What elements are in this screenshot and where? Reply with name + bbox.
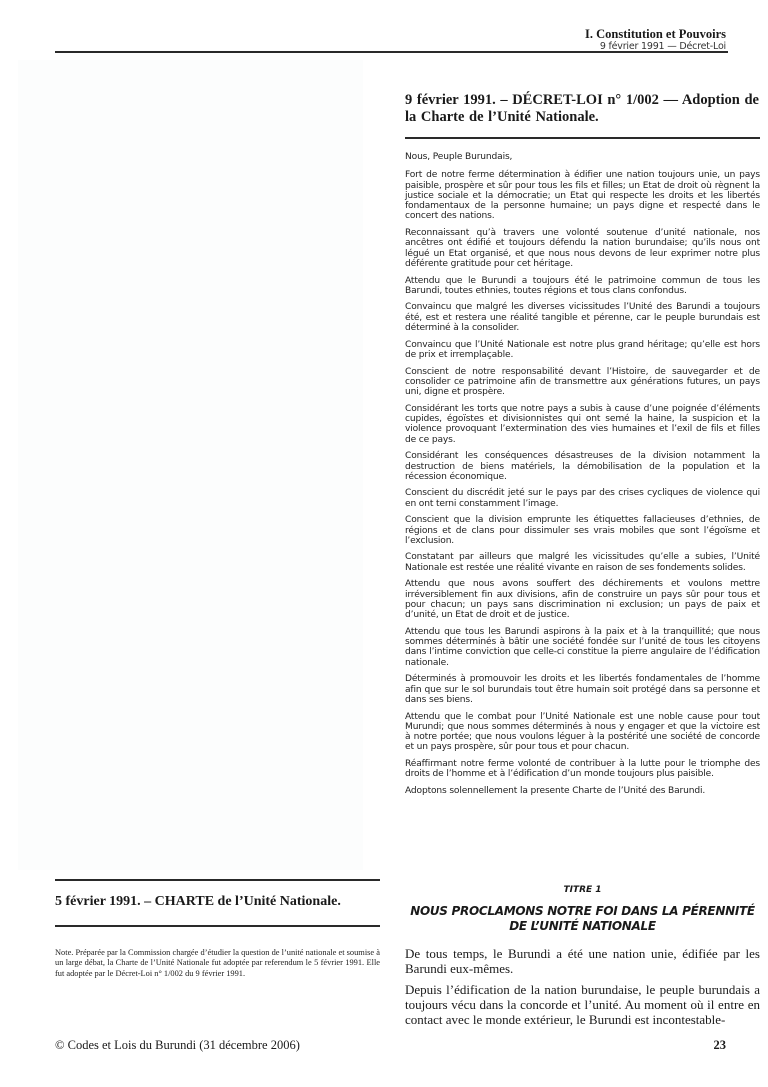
preamble-paragraph: Réaffirmant notre ferme volonté de contr…	[405, 759, 760, 780]
header-rule	[55, 51, 728, 53]
footer-copyright: © Codes et Lois du Burundi (31 décembre …	[55, 1038, 300, 1053]
preamble-paragraph: Déterminés à promouvoir les droits et le…	[405, 674, 760, 705]
charter-title-top-rule	[55, 879, 380, 881]
running-header: I. Constitution et Pouvoirs 9 février 19…	[585, 27, 726, 53]
preamble-body: Nous, Peuple Burundais, Fort de notre fe…	[405, 152, 760, 802]
charter-title-bottom-rule	[55, 925, 380, 927]
titre-number: TITRE 1	[405, 884, 760, 896]
preamble-paragraph: Attendu que nous avons souffert des déch…	[405, 579, 760, 620]
charter-title: 5 février 1991. – CHARTE de l’Unité Nati…	[55, 894, 380, 910]
body-paragraph: De tous temps, le Burundi a été une nati…	[405, 946, 760, 976]
preamble-paragraph: Nous, Peuple Burundais,	[405, 152, 760, 162]
preamble-paragraph: Considérant les torts que notre pays a s…	[405, 404, 760, 445]
preamble-paragraph: Adoptons solennellement la presente Char…	[405, 786, 760, 796]
charter-note: Note. Préparée par la Commission chargée…	[55, 948, 380, 979]
preamble-paragraph: Conscient que la division emprunte les é…	[405, 515, 760, 546]
preamble-paragraph: Convaincu que l’Unité Nationale est notr…	[405, 340, 760, 361]
preamble-paragraph: Fort de notre ferme détermination à édif…	[405, 170, 760, 221]
preamble-paragraph: Conscient de notre responsabilité devant…	[405, 367, 760, 398]
decree-title: 9 février 1991. – DÉCRET-LOI n° 1/002 — …	[405, 92, 760, 126]
preamble-paragraph: Constatant par ailleurs que malgré les v…	[405, 552, 760, 573]
header-section-title: I. Constitution et Pouvoirs	[585, 27, 726, 41]
body-paragraph: Depuis l’édification de la nation burund…	[405, 982, 760, 1027]
preamble-paragraph: Attendu que le Burundi a toujours été le…	[405, 276, 760, 297]
preamble-paragraph: Reconnaissant qu’à travers une volonté s…	[405, 228, 760, 269]
left-column-blank-area	[18, 60, 363, 870]
titre-body: De tous temps, le Burundi a été une nati…	[405, 946, 760, 1033]
preamble-paragraph: Attendu que le combat pour l’Unité Natio…	[405, 712, 760, 753]
preamble-paragraph: Conscient du discrédit jeté sur le pays …	[405, 488, 760, 509]
preamble-paragraph: Considérant les conséquences désastreuse…	[405, 451, 760, 482]
decree-title-rule	[405, 137, 760, 139]
titre-heading: NOUS PROCLAMONS NOTRE FOI DANS LA PÉRENN…	[405, 904, 760, 934]
preamble-paragraph: Attendu que tous les Barundi aspirons à …	[405, 627, 760, 668]
preamble-paragraph: Convaincu que malgré les diverses viciss…	[405, 302, 760, 333]
page-number: 23	[714, 1038, 727, 1053]
titre-heading-block: TITRE 1 NOUS PROCLAMONS NOTRE FOI DANS L…	[405, 884, 760, 934]
